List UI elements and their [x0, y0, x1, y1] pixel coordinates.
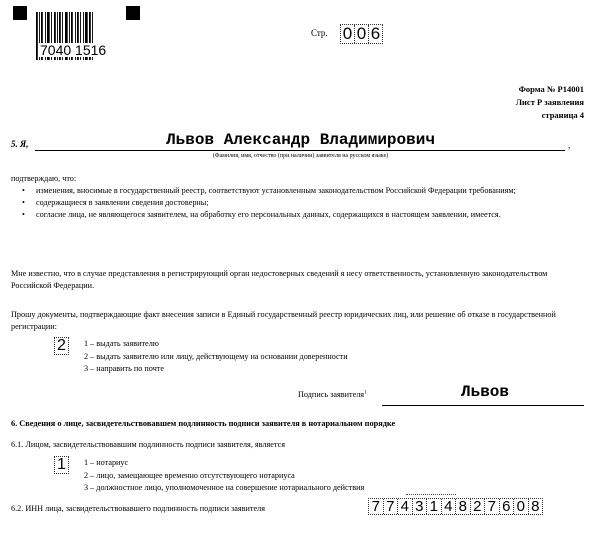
inn-digit[interactable]: 1	[427, 499, 442, 514]
q61-label: 6.1. Лицом, засвидетельствовавшим подлин…	[11, 439, 285, 451]
sheet-page: страница 4	[516, 109, 584, 122]
certifier-type-cell[interactable]: 1	[54, 456, 69, 474]
registration-marker-left	[13, 6, 27, 20]
delivery-option: 1 – выдать заявителю	[84, 338, 348, 351]
delivery-option: 3 – направить по почте	[84, 363, 348, 376]
inn-digit[interactable]: 4	[442, 499, 457, 514]
signature-underline	[382, 405, 584, 406]
registration-marker-right	[126, 6, 140, 20]
certifier-option: 2 – лицо, замещающее временно отсутствую…	[84, 470, 364, 483]
certifier-selected-digit[interactable]: 1	[55, 457, 68, 473]
delivery-selected-digit[interactable]: 2	[55, 338, 68, 354]
confirm-intro: подтверждаю, что:	[11, 173, 76, 185]
delivery-method-cell[interactable]: 2	[54, 337, 69, 355]
bullet-item: содержащиеся в заявлении сведения достов…	[22, 197, 582, 209]
name-comma: ,	[568, 140, 570, 150]
inn-digit[interactable]: 4	[398, 499, 413, 514]
section5-label: 5. Я,	[11, 139, 28, 149]
inn-digit[interactable]: 7	[485, 499, 500, 514]
q62-label: 6.2. ИНН лица, засвидетельствовавшего по…	[11, 503, 265, 515]
inn-digit[interactable]: 0	[514, 499, 529, 514]
inn-cells[interactable]: 774314827608	[368, 498, 543, 515]
applicant-full-name[interactable]: Львов Александр Владимирович	[38, 131, 563, 149]
certifier-option: 1 – нотариус	[84, 457, 364, 470]
page-digit: 0	[355, 25, 369, 43]
name-underline	[35, 150, 565, 151]
signature-label: Подпись заявителя1	[298, 390, 367, 399]
bullet-item: согласие лица, не являющегося заявителем…	[22, 209, 582, 221]
inn-digit[interactable]: 2	[471, 499, 486, 514]
inn-digit[interactable]: 8	[456, 499, 471, 514]
signature-value[interactable]: Львов	[385, 383, 585, 401]
barcode-number: 7040 1516	[39, 43, 107, 57]
page-digit: 0	[341, 25, 355, 43]
inn-digit[interactable]: 7	[369, 499, 384, 514]
form-number: Форма № Р14001	[516, 83, 584, 96]
bullet-item: изменения, вносимые в государственный ре…	[22, 185, 582, 197]
page-digit: 6	[369, 25, 382, 43]
liability-text: Мне известно, что в случае представления…	[11, 268, 571, 292]
inn-digit[interactable]: 8	[529, 499, 543, 514]
inn-digit[interactable]: 3	[413, 499, 428, 514]
page-number-cells: 0 0 6	[340, 24, 383, 44]
request-text: Прошу документы, подтверждающие факт вне…	[11, 309, 586, 333]
signature-label-text: Подпись заявителя	[298, 390, 364, 399]
section6-title: 6. Сведения о лице, засвидетельствовавше…	[11, 419, 395, 428]
name-caption: (Фамилия, имя, отчество (при наличии) за…	[38, 153, 563, 159]
inn-digit[interactable]: 6	[500, 499, 515, 514]
certifier-options: 1 – нотариус 2 – лицо, замещающее времен…	[84, 457, 364, 495]
delivery-option: 2 – выдать заявителю или лицу, действующ…	[84, 351, 348, 364]
delivery-options: 1 – выдать заявителю 2 – выдать заявител…	[84, 338, 348, 376]
page-label: Стр.	[311, 28, 328, 38]
signature-footnote: 1	[364, 390, 367, 395]
confirm-bullets: изменения, вносимые в государственный ре…	[22, 185, 582, 221]
dotted-separator	[406, 494, 456, 495]
sheet-label: Лист Р заявления	[516, 96, 584, 109]
inn-digit[interactable]: 7	[384, 499, 399, 514]
certifier-option: 3 – должностное лицо, уполномоченное на …	[84, 482, 364, 495]
form-meta: Форма № Р14001 Лист Р заявления страница…	[516, 83, 584, 122]
